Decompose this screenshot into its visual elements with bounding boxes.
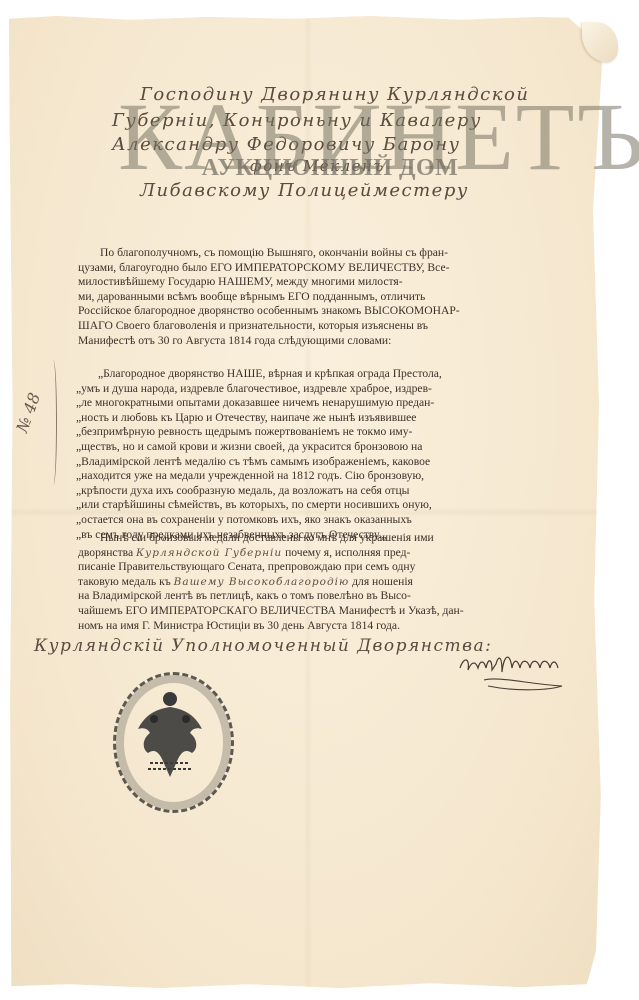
p2-text: таковую медаль къ [78,575,174,588]
p2-line: номъ на имя Г. Министра Юстицiи въ 30 де… [78,619,540,634]
p1-line: Россiйское благородное дворянство особен… [78,304,540,319]
watermark-subtitle: АУКЦИОННЫЙ ДОМ [200,155,460,182]
handwritten-province: Курляндской Губернiи [136,547,282,559]
quote-line: „крѣпости духа ихъ сообразную медаль, да… [76,484,542,499]
p2-line: чайшемъ ЕГО ИМПЕРАТОРСКАГО ВЕЛИЧЕСТВА Ма… [78,604,540,619]
paragraph-2: Нынѣ сiи бронзовыя медали доставлены ко … [78,531,540,633]
closing-title: Курляндскiй Уполномоченный Дворянства: [34,636,492,656]
p2-text: для ношенiя [349,575,413,588]
p2-line: на Владимiрской лентѣ въ петлицѣ, какъ о… [78,589,540,604]
quote-line: „ле многократными опытами доказавшее нич… [76,396,542,411]
p1-line: ми, дарованными всѣмъ вообще вѣрнымъ ЕГО… [78,290,540,305]
quote-line: „безпримѣрную ревность щедрымъ пожертвов… [76,425,542,440]
p2-line: писанiе Правительствующаго Сената, препр… [78,560,540,575]
p2-line: Нынѣ сiи бронзовыя медали доставлены ко … [78,531,540,546]
paragraph-1: По благополучномъ, съ помощiю Вышняго, о… [78,246,540,348]
p1-line: По благополучномъ, съ помощiю Вышняго, о… [78,246,540,261]
p2-line: дворянства Курляндской Губернiи почему я… [78,546,540,561]
quote-line: „умъ и душа народа, издревле благочестив… [76,382,542,397]
signature-icon: Франц Фон Медем [458,646,568,696]
double-headed-eagle-icon [128,689,213,789]
wax-seal-stamp [113,672,234,813]
p2-text: почему я, исполняя пред- [282,546,410,559]
quote-line: „ществъ, но и самой крови и жизни своей,… [76,440,542,455]
p2-line: таковую медаль къ Вашему Высокоблагородi… [78,575,540,590]
seal-emblem [128,689,213,789]
quote-line: „остается она въ сохраненiи у потомковъ … [76,513,542,528]
quote-line: „находится уже на медали учрежденной на … [76,469,542,484]
p1-line: цузами, благоугодно было ЕГО ИМПЕРАТОРСК… [78,261,540,276]
quote-line: „ность и любовь къ Царю и Отечеству, наи… [76,411,542,426]
margin-bracket [48,360,57,485]
p1-line: милостивѣйшему Государю НАШЕМУ, между мн… [78,275,540,290]
p1-line: Манифестѣ отъ 30 го Августа 1814 года сл… [78,334,540,349]
manifesto-quote: „Благородное дворянство НАШЕ, вѣрная и к… [76,367,542,542]
quote-line: „Благородное дворянство НАШЕ, вѣрная и к… [76,367,542,382]
signature: Франц Фон Медем [458,646,568,696]
quote-line: „или старѣйшины сѣмействъ, въ которыхъ, … [76,498,542,513]
p1-line: ШАГО Своего благоволенiя и признательнос… [78,319,540,334]
quote-line: „Владимiрской лентѣ медалiю съ тѣмъ самы… [76,455,542,470]
p2-text: дворянства [78,546,136,559]
handwritten-honorific: Вашему Высокоблагородiю [174,576,350,588]
